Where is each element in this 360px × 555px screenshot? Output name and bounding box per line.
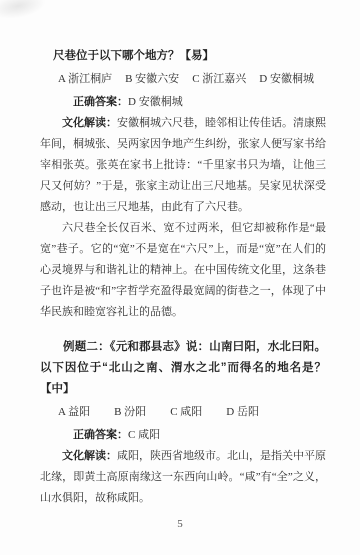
question-1-analysis-paragraph: 文化解读：安徽桐城六尺巷，睦邻相让传佳话。清康熙年间，桐城张、吴两家因争地产生纠…	[40, 113, 326, 218]
question-1-analysis-paragraph-2: 六尺巷全长仅百米、宽不过两米，但它却被称作是“最宽”巷子。它的“宽”不是宽在“六…	[40, 218, 326, 323]
question-1-block: 尺巷位于以下哪个地方？【易】 A 浙江桐庐 B 安徽六安 C 浙江嘉兴 D 安徽…	[40, 46, 326, 323]
question-1-option-d: D 安徽桐城	[259, 69, 314, 90]
question-2-block: 例题二：《元和郡县志》说：山南曰阳，水北曰阳。以下因位于“北山之南、渭水之北”而…	[40, 337, 326, 509]
scan-smudge-artifact	[0, 0, 48, 23]
question-2-title: 例题二：《元和郡县志》说：山南曰阳，水北曰阳。以下因位于“北山之南、渭水之北”而…	[40, 337, 326, 400]
document-page: 尺巷位于以下哪个地方？【易】 A 浙江桐庐 B 安徽六安 C 浙江嘉兴 D 安徽…	[0, 0, 360, 555]
question-1-answer-label: 正确答案：	[73, 96, 128, 108]
question-1-analysis-text-2: 六尺巷全长仅百米、宽不过两米，但它却被称作是“最宽”巷子。它的“宽”不是宽在“六…	[40, 222, 326, 318]
question-1-option-a: A 浙江桐庐	[58, 69, 112, 90]
question-2-answer-line: 正确答案：C 咸阳	[73, 425, 326, 446]
question-2-option-a: A 益阳	[58, 402, 90, 423]
question-1-options: A 浙江桐庐 B 安徽六安 C 浙江嘉兴 D 安徽桐城	[58, 69, 326, 90]
question-1-analysis-label: 文化解读：	[62, 117, 117, 129]
question-1-option-b: B 安徽六安	[125, 69, 179, 90]
question-2-analysis-label: 文化解读：	[62, 450, 117, 462]
question-2-option-b: B 汾阳	[114, 402, 146, 423]
question-2-analysis-paragraph: 文化解读：咸阳，陕西省地级市。北山，是指关中平原北缘，即黄土高原南缘这一东西向山…	[40, 446, 326, 509]
page-number: 5	[0, 517, 360, 531]
question-2-options: A 益阳 B 汾阳 C 咸阳 D 岳阳	[58, 402, 326, 423]
question-2-answer-value: C 咸阳	[128, 429, 160, 441]
question-2-answer-label: 正确答案：	[73, 429, 128, 441]
question-2-option-d: D 岳阳	[226, 402, 259, 423]
question-1-answer-value: D 安徽桐城	[128, 96, 183, 108]
question-1-analysis-text: 安徽桐城六尺巷，睦邻相让传佳话。清康熙年间，桐城张、吴两家因争地产生纠纷，张家人…	[40, 117, 326, 213]
question-1-option-c: C 浙江嘉兴	[192, 69, 246, 90]
question-1-answer-line: 正确答案：D 安徽桐城	[73, 92, 326, 113]
question-2-option-c: C 咸阳	[170, 402, 202, 423]
question-1-title: 尺巷位于以下哪个地方？【易】	[53, 46, 326, 67]
